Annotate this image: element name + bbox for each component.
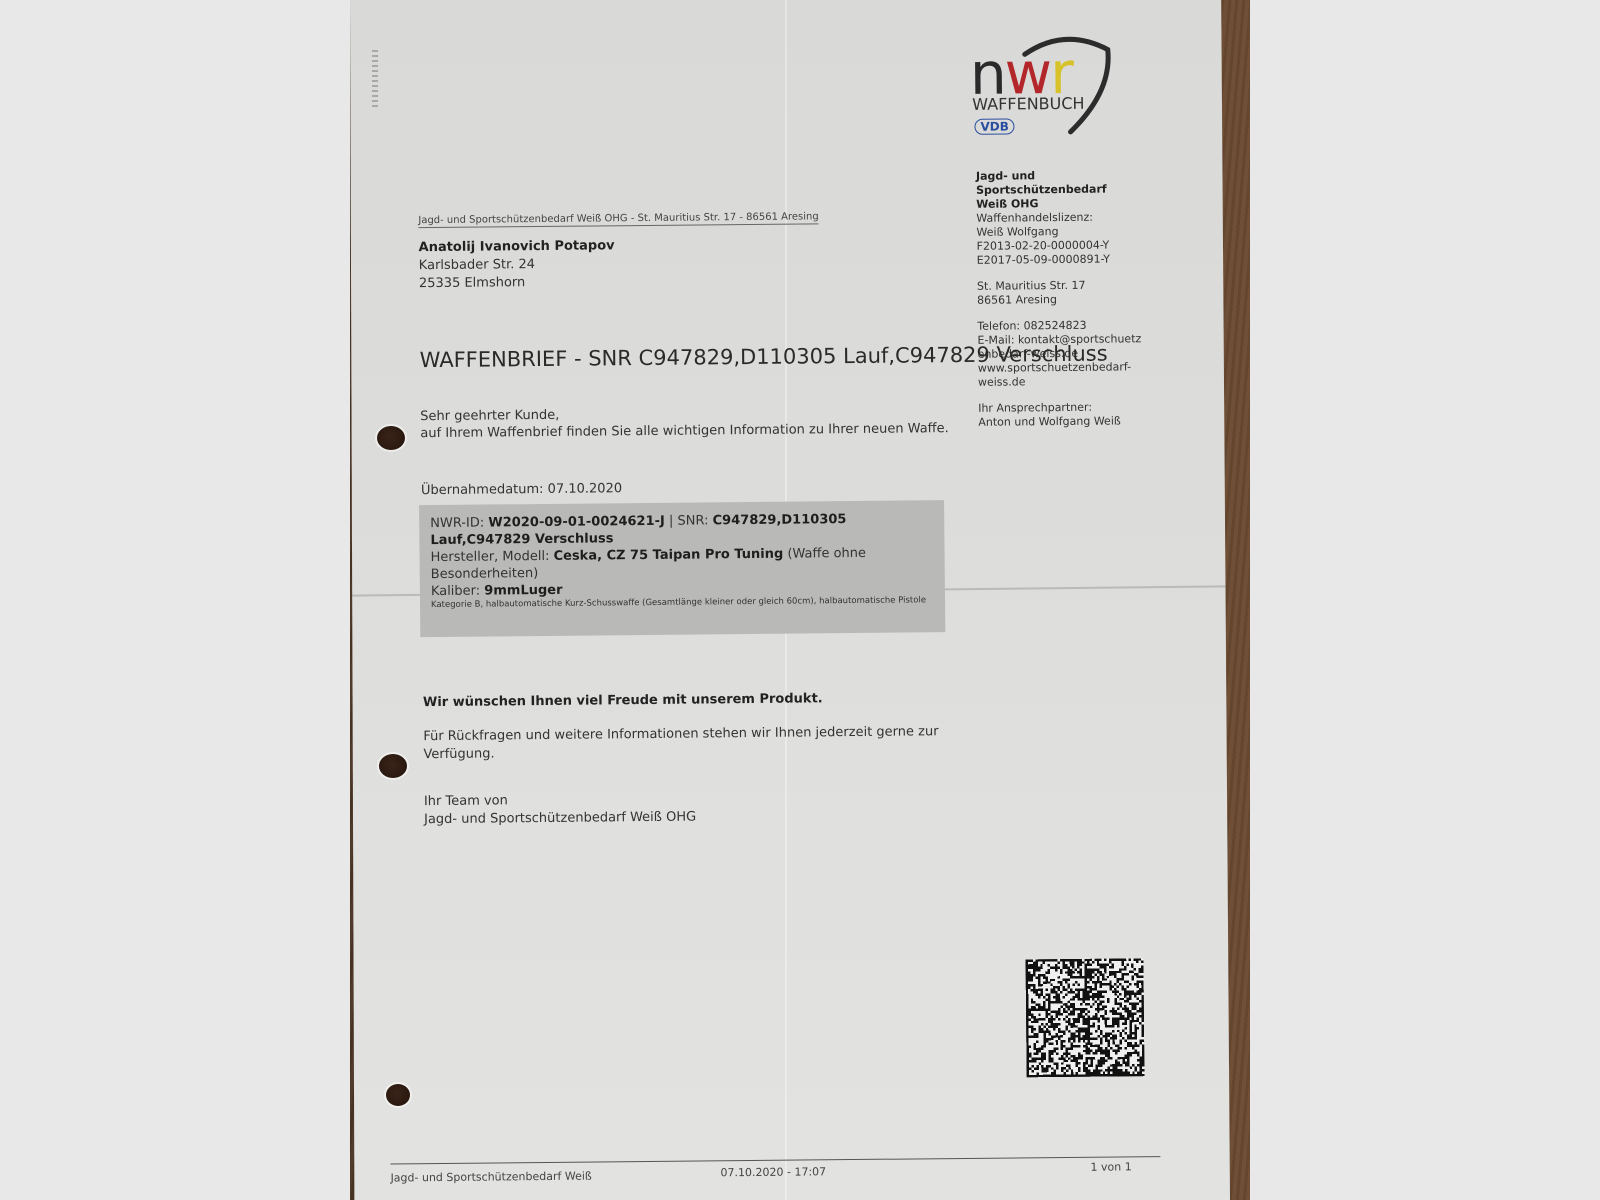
recipient-street: Karlsbader Str. 24 bbox=[419, 255, 615, 275]
logo-subtitle: WAFFENBUCH bbox=[972, 94, 1084, 114]
caliber-value: 9mmLuger bbox=[484, 583, 562, 599]
maker-label: Hersteller, Modell: bbox=[431, 549, 554, 565]
intro-text: auf Ihrem Waffenbrief finden Sie alle wi… bbox=[420, 420, 949, 442]
footer-company: Jagd- und Sportschützenbedarf Weiß bbox=[390, 1170, 591, 1185]
recipient-address: Anatolij Ivanovich Potapov Karlsbader St… bbox=[419, 237, 615, 293]
recipient-name: Anatolij Ivanovich Potapov bbox=[419, 237, 615, 257]
document-page: nwr WAFFENBUCH VDB Jagd- und Sportschütz… bbox=[350, 0, 1230, 1200]
company-info-sidebar: Jagd- und Sportschützenbedarf Weiß OHG W… bbox=[976, 168, 1158, 430]
recipient-city: 25335 Elmshorn bbox=[419, 273, 615, 293]
page-number: 1 von 1 bbox=[1090, 1160, 1131, 1173]
weapon-info-box: NWR-ID: W2020-09-01-0024621-J | SNR: C94… bbox=[419, 500, 945, 637]
maker-row: Hersteller, Modell: Ceska, CZ 75 Taipan … bbox=[430, 544, 933, 583]
nwr-id-label: NWR-ID: bbox=[430, 516, 488, 532]
contact-names: Anton und Wolfgang Weiß bbox=[978, 414, 1158, 430]
vdb-badge: VDB bbox=[974, 118, 1015, 134]
wish-text: Wir wünschen Ihnen viel Freude mit unser… bbox=[423, 691, 823, 710]
datamatrix-code bbox=[1025, 958, 1144, 1077]
nwr-waffenbuch-logo: nwr WAFFENBUCH VDB bbox=[960, 32, 1111, 143]
closing: Ihr Team von Jagd- und Sportschützenbeda… bbox=[424, 791, 696, 830]
footer-divider bbox=[390, 1156, 1160, 1164]
followup-text: Für Rückfragen und weitere Informationen… bbox=[423, 723, 943, 764]
maker-model-value: Ceska, CZ 75 Taipan Pro Tuning bbox=[553, 547, 783, 564]
snr-label: | SNR: bbox=[665, 513, 713, 528]
nwr-id-value: W2020-09-01-0024621-J bbox=[488, 514, 665, 531]
footer-date: 07.10.2020 - 17:07 bbox=[720, 1165, 826, 1179]
greeting: Sehr geehrter Kunde, auf Ihrem Waffenbri… bbox=[420, 403, 949, 442]
letter-content: nwr WAFFENBUCH VDB Jagd- und Sportschütz… bbox=[344, 0, 1235, 1200]
closing-company: Jagd- und Sportschützenbedarf Weiß OHG bbox=[424, 809, 696, 830]
sender-return-address: Jagd- und Sportschützenbedarf Weiß OHG -… bbox=[418, 211, 818, 228]
handover-date: Übernahmedatum: 07.10.2020 bbox=[421, 481, 622, 498]
caliber-label: Kaliber: bbox=[431, 584, 485, 600]
nwr-row: NWR-ID: W2020-09-01-0024621-J | SNR: C94… bbox=[430, 510, 933, 549]
